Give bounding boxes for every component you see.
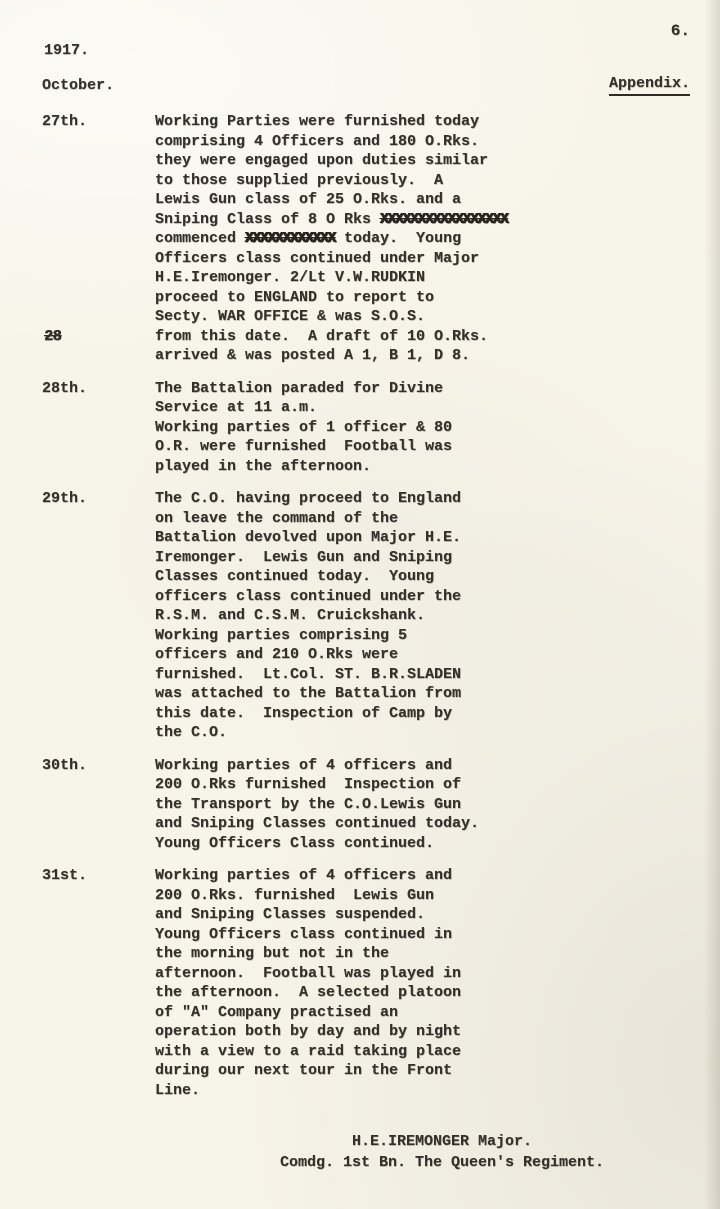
signature-name: H.E.IREMONGER Major. [222, 1131, 662, 1152]
diary-page: 6. 1917. October. Appendix. 27th.28Worki… [0, 0, 720, 1209]
diary-line: Working parties of 1 officer & 80 [155, 418, 682, 438]
diary-line: H.E.Iremonger. 2/Lt V.W.RUDKIN [155, 268, 682, 288]
diary-line: they were engaged upon duties similar [155, 151, 682, 171]
diary-line: Working Parties were furnished today [155, 112, 682, 132]
diary-line: the C.O. [155, 723, 682, 743]
diary-line: Young Officers class continued in [155, 925, 682, 945]
diary-line: was attached to the Battalion from [155, 684, 682, 704]
diary-line: on leave the command of the [155, 509, 682, 529]
diary-line: comprising 4 Officers and 180 O.Rks. [155, 132, 682, 152]
diary-line: from this date. A draft of 10 O.Rks. [155, 327, 682, 347]
line-segment: commenced [155, 230, 245, 247]
diary-line: Line. [155, 1081, 682, 1101]
diary-line: 200 O.Rks. furnished Lewis Gun [155, 886, 682, 906]
diary-line: Lewis Gun class of 25 O.Rks. and a [155, 190, 682, 210]
diary-line: proceed to ENGLAND to report to [155, 288, 682, 308]
line-segment: Sniping Class of 8 O Rks [155, 211, 380, 228]
diary-line: Service at 11 a.m. [155, 398, 682, 418]
year-label: 1917. [44, 42, 89, 59]
margin-note-struck: 28 [44, 327, 61, 347]
entry-date: 29th. [42, 489, 155, 743]
diary-entry: 31st.Working parties of 4 officers and20… [42, 866, 682, 1100]
month-label: October. [42, 77, 114, 94]
entry-text: The C.O. having proceed to Englandon lea… [155, 489, 682, 743]
diary-line: arrived & was posted A 1, B 1, D 8. [155, 346, 682, 366]
diary-line: Iremonger. Lewis Gun and Sniping [155, 548, 682, 568]
diary-line: during our next tour in the Front [155, 1061, 682, 1081]
diary-line: officers and 210 O.Rks were [155, 645, 682, 665]
diary-line: Officers class continued under Major [155, 249, 682, 269]
diary-line: R.S.M. and C.S.M. Cruickshank. [155, 606, 682, 626]
entry-date: 30th. [42, 756, 155, 854]
diary-entry: 27th.28Working Parties were furnished to… [42, 112, 682, 366]
diary-entry: 29th.The C.O. having proceed to Englando… [42, 489, 682, 743]
diary-line: this date. Inspection of Camp by [155, 704, 682, 724]
overtyped-strikeout: XXXXXXXXXXXXXXXXX [380, 211, 508, 228]
page-number: 6. [671, 22, 690, 40]
diary-line: Young Officers Class continued. [155, 834, 682, 854]
diary-line: and Sniping Classes suspended. [155, 905, 682, 925]
diary-line: Working parties of 4 officers and [155, 756, 682, 776]
appendix-label: Appendix. [609, 75, 690, 96]
diary-line: furnished. Lt.Col. ST. B.R.SLADEN [155, 665, 682, 685]
diary-entry: 28th.The Battalion paraded for DivineSer… [42, 379, 682, 477]
diary-line: Working parties of 4 officers and [155, 866, 682, 886]
diary-line: commenced XXXXXXXXXXXX today. Young [155, 229, 682, 249]
entry-text: Working parties of 4 officers and200 O.R… [155, 756, 682, 854]
diary-line: the morning but not in the [155, 944, 682, 964]
diary-line: of "A" Company practised an [155, 1003, 682, 1023]
signature-block: H.E.IREMONGER Major. Comdg. 1st Bn. The … [222, 1131, 662, 1173]
diary-line: Sniping Class of 8 O Rks XXXXXXXXXXXXXXX… [155, 210, 682, 230]
diary-line: 200 O.Rks furnished Inspection of [155, 775, 682, 795]
diary-line: the afternoon. A selected platoon [155, 983, 682, 1003]
entry-text: The Battalion paraded for DivineService … [155, 379, 682, 477]
diary-line: Classes continued today. Young [155, 567, 682, 587]
signature-unit: Comdg. 1st Bn. The Queen's Regiment. [222, 1152, 662, 1173]
diary-line: The C.O. having proceed to England [155, 489, 682, 509]
diary-line: Working parties comprising 5 [155, 626, 682, 646]
diary-line: officers class continued under the [155, 587, 682, 607]
entry-date: 31st. [42, 866, 155, 1100]
diary-entries: 27th.28Working Parties were furnished to… [42, 112, 682, 1113]
entry-text: Working Parties were furnished todaycomp… [155, 112, 682, 366]
entry-text: Working parties of 4 officers and200 O.R… [155, 866, 682, 1100]
overtyped-strikeout: XXXXXXXXXXXX [245, 230, 335, 247]
diary-line: The Battalion paraded for Divine [155, 379, 682, 399]
diary-line: to those supplied previously. A [155, 171, 682, 191]
diary-line: played in the afternoon. [155, 457, 682, 477]
entry-date: 28th. [42, 379, 155, 477]
diary-line: O.R. were furnished Football was [155, 437, 682, 457]
diary-entry: 30th.Working parties of 4 officers and20… [42, 756, 682, 854]
diary-line: the Transport by the C.O.Lewis Gun [155, 795, 682, 815]
diary-line: with a view to a raid taking place [155, 1042, 682, 1062]
diary-line: operation both by day and by night [155, 1022, 682, 1042]
diary-line: afternoon. Football was played in [155, 964, 682, 984]
line-segment: today. Young [335, 230, 461, 247]
diary-line: Secty. WAR OFFICE & was S.O.S. [155, 307, 682, 327]
diary-line: Battalion devolved upon Major H.E. [155, 528, 682, 548]
diary-line: and Sniping Classes continued today. [155, 814, 682, 834]
